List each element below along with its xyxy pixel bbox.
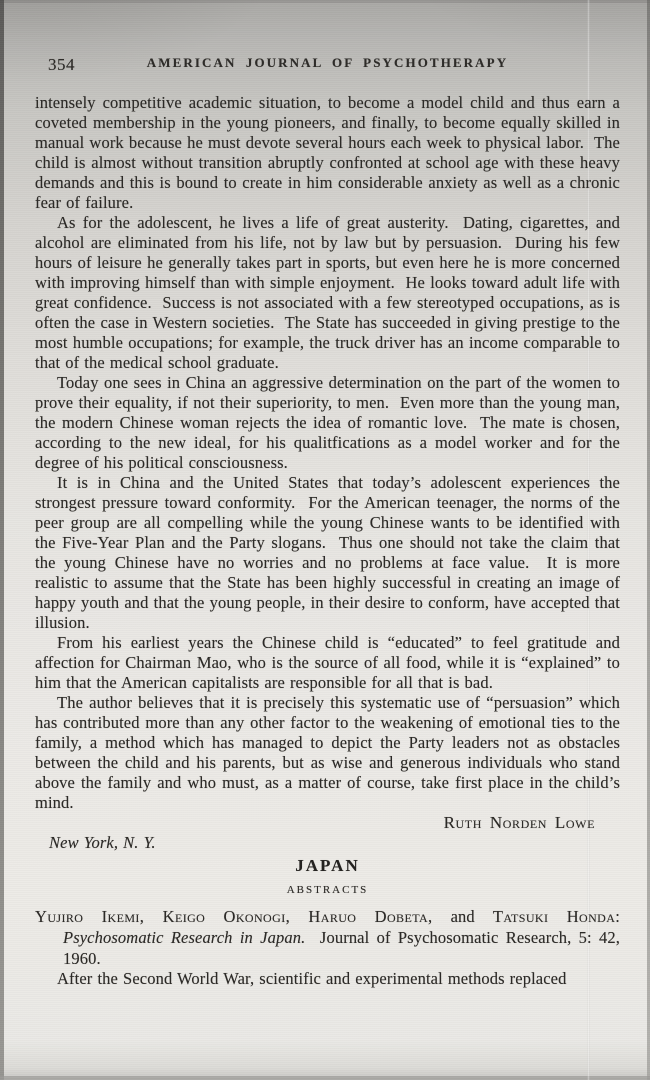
article-body: intensely competitive academic situation… bbox=[35, 93, 620, 989]
scan-edge-top bbox=[0, 0, 650, 3]
paragraph: intensely competitive academic situation… bbox=[35, 93, 620, 213]
author-location: New York, N. Y. bbox=[35, 833, 620, 853]
paragraph: After the Second World War, scientific a… bbox=[35, 969, 620, 989]
citation-authors-part2: Tatsuki Honda bbox=[493, 907, 615, 926]
paragraph: The author believes that it is precisely… bbox=[35, 693, 620, 813]
page-header: 354 AMERICAN JOURNAL OF PSYCHOTHERAPY bbox=[35, 55, 620, 75]
section-heading-japan: JAPAN bbox=[35, 855, 620, 877]
paragraph: From his earliest years the Chinese chil… bbox=[35, 633, 620, 693]
citation-colon: : bbox=[615, 907, 620, 926]
section-subheading-abstracts: ABSTRACTS bbox=[35, 883, 620, 897]
scanned-page: 354 AMERICAN JOURNAL OF PSYCHOTHERAPY in… bbox=[0, 0, 650, 1080]
paragraph: As for the adolescent, he lives a life o… bbox=[35, 213, 620, 373]
scan-edge-bottom bbox=[0, 1076, 650, 1080]
citation-authors-part1: Yujiro Ikemi, Keigo Okonogi, Haruo Dobet… bbox=[35, 907, 433, 926]
journal-title: AMERICAN JOURNAL OF PSYCHOTHERAPY bbox=[35, 55, 620, 71]
citation-article-title: Psychosomatic Research in Japan. bbox=[63, 928, 305, 947]
scan-edge-left bbox=[0, 0, 4, 1080]
citation-conjunction: and bbox=[433, 907, 493, 926]
citation: Yujiro Ikemi, Keigo Okonogi, Haruo Dobet… bbox=[35, 906, 620, 969]
author-signature: Ruth Norden Lowe bbox=[35, 813, 620, 833]
paragraph: It is in China and the United States tha… bbox=[35, 473, 620, 633]
page-number: 354 bbox=[48, 55, 75, 75]
paragraph: Today one sees in China an aggressive de… bbox=[35, 373, 620, 473]
